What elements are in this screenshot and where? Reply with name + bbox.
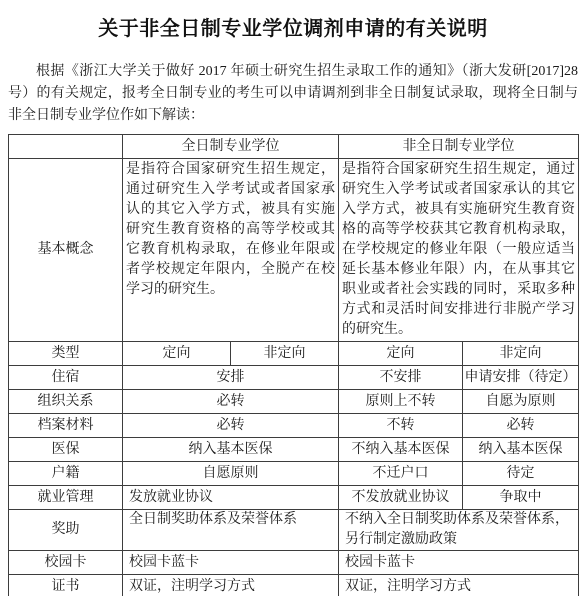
row-label: 校园卡 — [9, 551, 123, 575]
table-cell: 纳入基本医保 — [123, 438, 339, 462]
corner-cell — [9, 135, 123, 159]
row-label: 基本概念 — [9, 159, 123, 342]
table-cell: 自愿原则 — [123, 462, 339, 486]
table-cell: 是指符合国家研究生招生规定，通过研究生入学考试或者国家承认的其它入学方式，被具有… — [339, 159, 579, 342]
table-cell: 争取中 — [463, 486, 579, 510]
table-cell: 不安排 — [339, 366, 463, 390]
intro-paragraph: 根据《浙江大学关于做好 2017 年硕士研究生招生录取工作的通知》（浙大发研[2… — [8, 61, 578, 127]
table-cell: 原则上不转 — [339, 390, 463, 414]
table-cell: 申请安排（待定） — [463, 366, 579, 390]
table-row: 档案材料必转不转必转 — [9, 414, 579, 438]
table-row: 就业管理发放就业协议不发放就业协议争取中 — [9, 486, 579, 510]
table-row: 住宿安排不安排申请安排（待定） — [9, 366, 579, 390]
table-cell: 自愿为原则 — [463, 390, 579, 414]
table-row: 组织关系必转原则上不转自愿为原则 — [9, 390, 579, 414]
row-label: 奖助 — [9, 510, 123, 551]
comparison-table: 全日制专业学位 非全日制专业学位 基本概念是指符合国家研究生招生规定，通过研究生… — [8, 134, 579, 596]
row-label: 户籍 — [9, 462, 123, 486]
row-label: 档案材料 — [9, 414, 123, 438]
paragraph-line: 根据《浙江大学关于做好 2017 年硕士研究生招生录取工作的通知》（浙大发研[2… — [8, 61, 578, 83]
table-cell: 不纳入基本医保 — [339, 438, 463, 462]
table-header-row: 全日制专业学位 非全日制专业学位 — [9, 135, 579, 159]
row-label: 医保 — [9, 438, 123, 462]
table-cell: 双证，注明学习方式 — [123, 575, 339, 596]
table-body: 全日制专业学位 非全日制专业学位 基本概念是指符合国家研究生招生规定，通过研究生… — [9, 135, 579, 596]
paragraph-line: 号）的有关规定，报考全日制专业的考生可以申请调剂到非全日制复试录取，现将全日制与 — [8, 83, 578, 105]
table-row: 校园卡校园卡蓝卡校园卡蓝卡 — [9, 551, 579, 575]
table-cell: 不纳入全日制奖助体系及荣誉体系，另行制定激励政策 — [339, 510, 579, 551]
table-row: 类型定向非定向定向非定向 — [9, 342, 579, 366]
row-label: 类型 — [9, 342, 123, 366]
table-cell: 定向 — [123, 342, 231, 366]
column-header-fulltime: 全日制专业学位 — [123, 135, 339, 159]
paragraph-line: 非全日制专业学位作如下解读： — [8, 105, 578, 127]
table-cell: 是指符合国家研究生招生规定，通过研究生入学考试或者国家承认的其它入学方式，被具有… — [123, 159, 339, 342]
table-cell: 不迁户口 — [339, 462, 463, 486]
table-cell: 不转 — [339, 414, 463, 438]
column-header-parttime: 非全日制专业学位 — [339, 135, 579, 159]
table-cell: 不发放就业协议 — [339, 486, 463, 510]
table-cell: 必转 — [123, 414, 339, 438]
table-cell: 全日制奖助体系及荣誉体系 — [123, 510, 339, 551]
row-label: 就业管理 — [9, 486, 123, 510]
table-cell: 双证，注明学习方式 — [339, 575, 579, 596]
table-cell: 安排 — [123, 366, 339, 390]
table-cell: 校园卡蓝卡 — [339, 551, 579, 575]
table-row: 基本概念是指符合国家研究生招生规定，通过研究生入学考试或者国家承认的其它入学方式… — [9, 159, 579, 342]
table-cell: 必转 — [463, 414, 579, 438]
table-row: 医保纳入基本医保不纳入基本医保纳入基本医保 — [9, 438, 579, 462]
table-cell: 非定向 — [463, 342, 579, 366]
row-label: 证书 — [9, 575, 123, 596]
table-cell: 校园卡蓝卡 — [123, 551, 339, 575]
row-label: 组织关系 — [9, 390, 123, 414]
table-cell: 非定向 — [231, 342, 339, 366]
table-row: 户籍自愿原则不迁户口待定 — [9, 462, 579, 486]
document-page: 关于非全日制专业学位调剂申请的有关说明 根据《浙江大学关于做好 2017 年硕士… — [0, 0, 586, 596]
table-cell: 待定 — [463, 462, 579, 486]
page-title: 关于非全日制专业学位调剂申请的有关说明 — [8, 14, 578, 42]
table-cell: 纳入基本医保 — [463, 438, 579, 462]
table-cell: 必转 — [123, 390, 339, 414]
table-row: 奖助全日制奖助体系及荣誉体系不纳入全日制奖助体系及荣誉体系，另行制定激励政策 — [9, 510, 579, 551]
row-label: 住宿 — [9, 366, 123, 390]
table-cell: 发放就业协议 — [123, 486, 339, 510]
table-cell: 定向 — [339, 342, 463, 366]
table-row: 证书双证，注明学习方式双证，注明学习方式 — [9, 575, 579, 596]
